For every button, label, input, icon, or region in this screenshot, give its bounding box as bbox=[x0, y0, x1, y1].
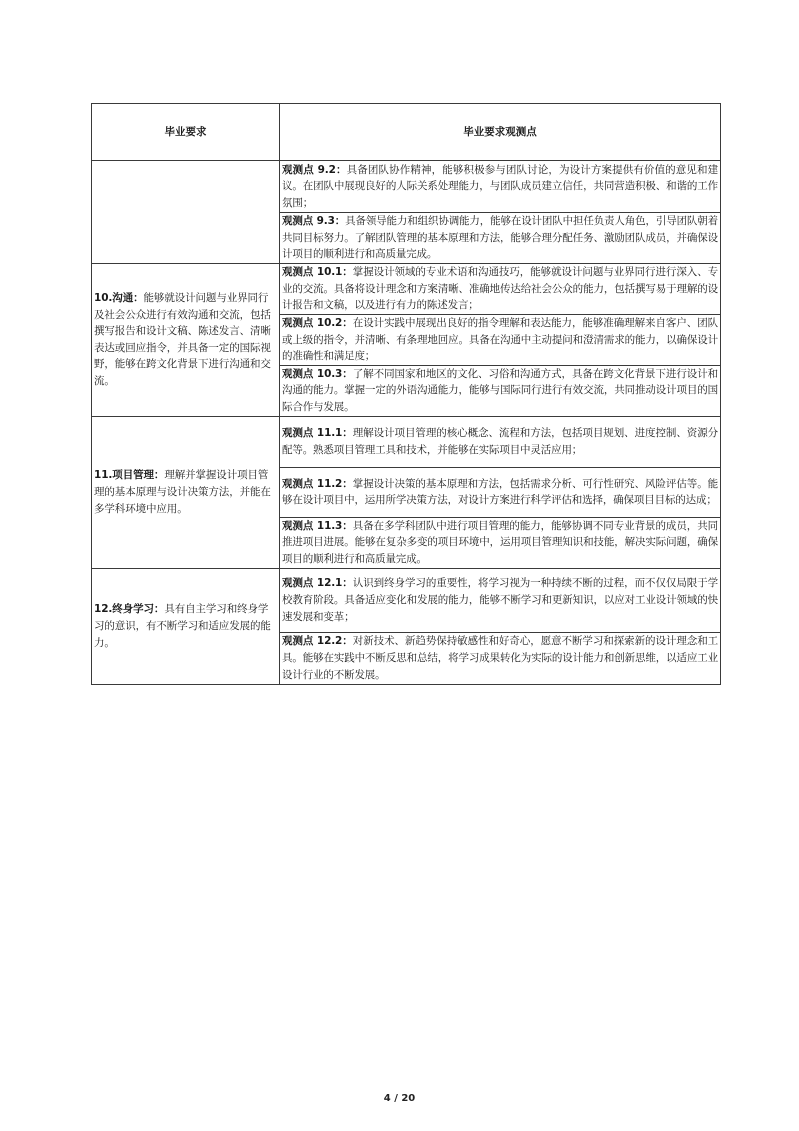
observation-point-10-2: 观测点 10.2：在设计实践中展现出良好的指令理解和表达能力，能够准确理解来自客… bbox=[280, 315, 721, 366]
requirement-cell-11: 11.项目管理：理解并掌握设计项目管理的基本原理与设计决策方法，并能在多学科环境… bbox=[92, 416, 280, 568]
observation-point-10-1: 观测点 10.1：掌握设计领域的专业术语和沟通技巧，能够就设计问题与业界同行进行… bbox=[280, 264, 721, 315]
observation-point-11-3: 观测点 11.3：具备在多学科团队中进行项目管理的能力，能够协调不同专业背景的成… bbox=[280, 517, 721, 568]
observation-text: 具备团队协作精神，能够积极参与团队讨论，为设计方案提供有价值的意见和建议。在团队… bbox=[282, 164, 718, 209]
observation-point-9-3: 观测点 9.3：具备领导能力和组织协调能力，能够在设计团队中担任负责人角色，引导… bbox=[280, 213, 721, 264]
requirement-title: 12.终身学习： bbox=[94, 603, 164, 615]
graduation-requirements-table: 毕业要求 毕业要求观测点 观测点 9.2：具备团队协作精神，能够积极参与团队讨论… bbox=[91, 103, 721, 685]
observation-label: 观测点 11.3： bbox=[282, 520, 353, 532]
observation-label: 观测点 10.1： bbox=[282, 266, 353, 278]
page-number: 4 / 20 bbox=[0, 1093, 799, 1104]
observation-text: 具备领导能力和组织协调能力，能够在设计团队中担任负责人角色，引导团队朝着共同目标… bbox=[282, 215, 718, 260]
observation-point-10-3: 观测点 10.3：了解不同国家和地区的文化、习俗和沟通方式，具备在跨文化背景下进… bbox=[280, 365, 721, 416]
observation-label: 观测点 12.2： bbox=[282, 635, 353, 647]
document-page: 毕业要求 毕业要求观测点 观测点 9.2：具备团队协作精神，能够积极参与团队讨论… bbox=[0, 0, 799, 1131]
observation-label: 观测点 12.1： bbox=[282, 577, 353, 589]
observation-label: 观测点 11.2： bbox=[282, 478, 353, 490]
header-observation-points: 毕业要求观测点 bbox=[280, 104, 721, 161]
header-requirement: 毕业要求 bbox=[92, 104, 280, 161]
table-row: 12.终身学习：具有自主学习和终身学习的意识，有不断学习和适应发展的能力。 观测… bbox=[92, 568, 721, 632]
table-row: 观测点 9.2：具备团队协作精神，能够积极参与团队讨论，为设计方案提供有价值的意… bbox=[92, 161, 721, 213]
observation-label: 观测点 9.2： bbox=[282, 164, 347, 176]
table-row: 10.沟通：能够就设计问题与业界同行及社会公众进行有效沟通和交流，包括撰写报告和… bbox=[92, 264, 721, 315]
observation-label: 观测点 10.2： bbox=[282, 317, 353, 329]
observation-label: 观测点 11.1： bbox=[282, 427, 353, 439]
observation-point-12-1: 观测点 12.1：认识到终身学习的重要性，将学习视为一种持续不断的过程，而不仅仅… bbox=[280, 568, 721, 632]
table-row: 11.项目管理：理解并掌握设计项目管理的基本原理与设计决策方法，并能在多学科环境… bbox=[92, 416, 721, 467]
requirement-title: 10.沟通： bbox=[94, 292, 144, 304]
observation-point-11-1: 观测点 11.1：理解设计项目管理的核心概念、流程和方法，包括项目规划、进度控制… bbox=[280, 416, 721, 467]
observation-label: 观测点 9.3： bbox=[282, 215, 345, 227]
requirement-cell-9-continued bbox=[92, 161, 280, 264]
observation-point-12-2: 观测点 12.2：对新技术、新趋势保持敏感性和好奇心，愿意不断学习和探索新的设计… bbox=[280, 632, 721, 684]
observation-point-9-2: 观测点 9.2：具备团队协作精神，能够积极参与团队讨论，为设计方案提供有价值的意… bbox=[280, 161, 721, 213]
requirement-cell-10: 10.沟通：能够就设计问题与业界同行及社会公众进行有效沟通和交流，包括撰写报告和… bbox=[92, 264, 280, 417]
requirement-text: 能够就设计问题与业界同行及社会公众进行有效沟通和交流，包括撰写报告和设计文稿、陈… bbox=[94, 292, 271, 387]
table-header-row: 毕业要求 毕业要求观测点 bbox=[92, 104, 721, 161]
requirement-title: 11.项目管理： bbox=[94, 469, 164, 481]
requirement-cell-12: 12.终身学习：具有自主学习和终身学习的意识，有不断学习和适应发展的能力。 bbox=[92, 568, 280, 684]
observation-label: 观测点 10.3： bbox=[282, 368, 353, 380]
observation-point-11-2: 观测点 11.2：掌握设计决策的基本原理和方法，包括需求分析、可行性研究、风险评… bbox=[280, 467, 721, 517]
